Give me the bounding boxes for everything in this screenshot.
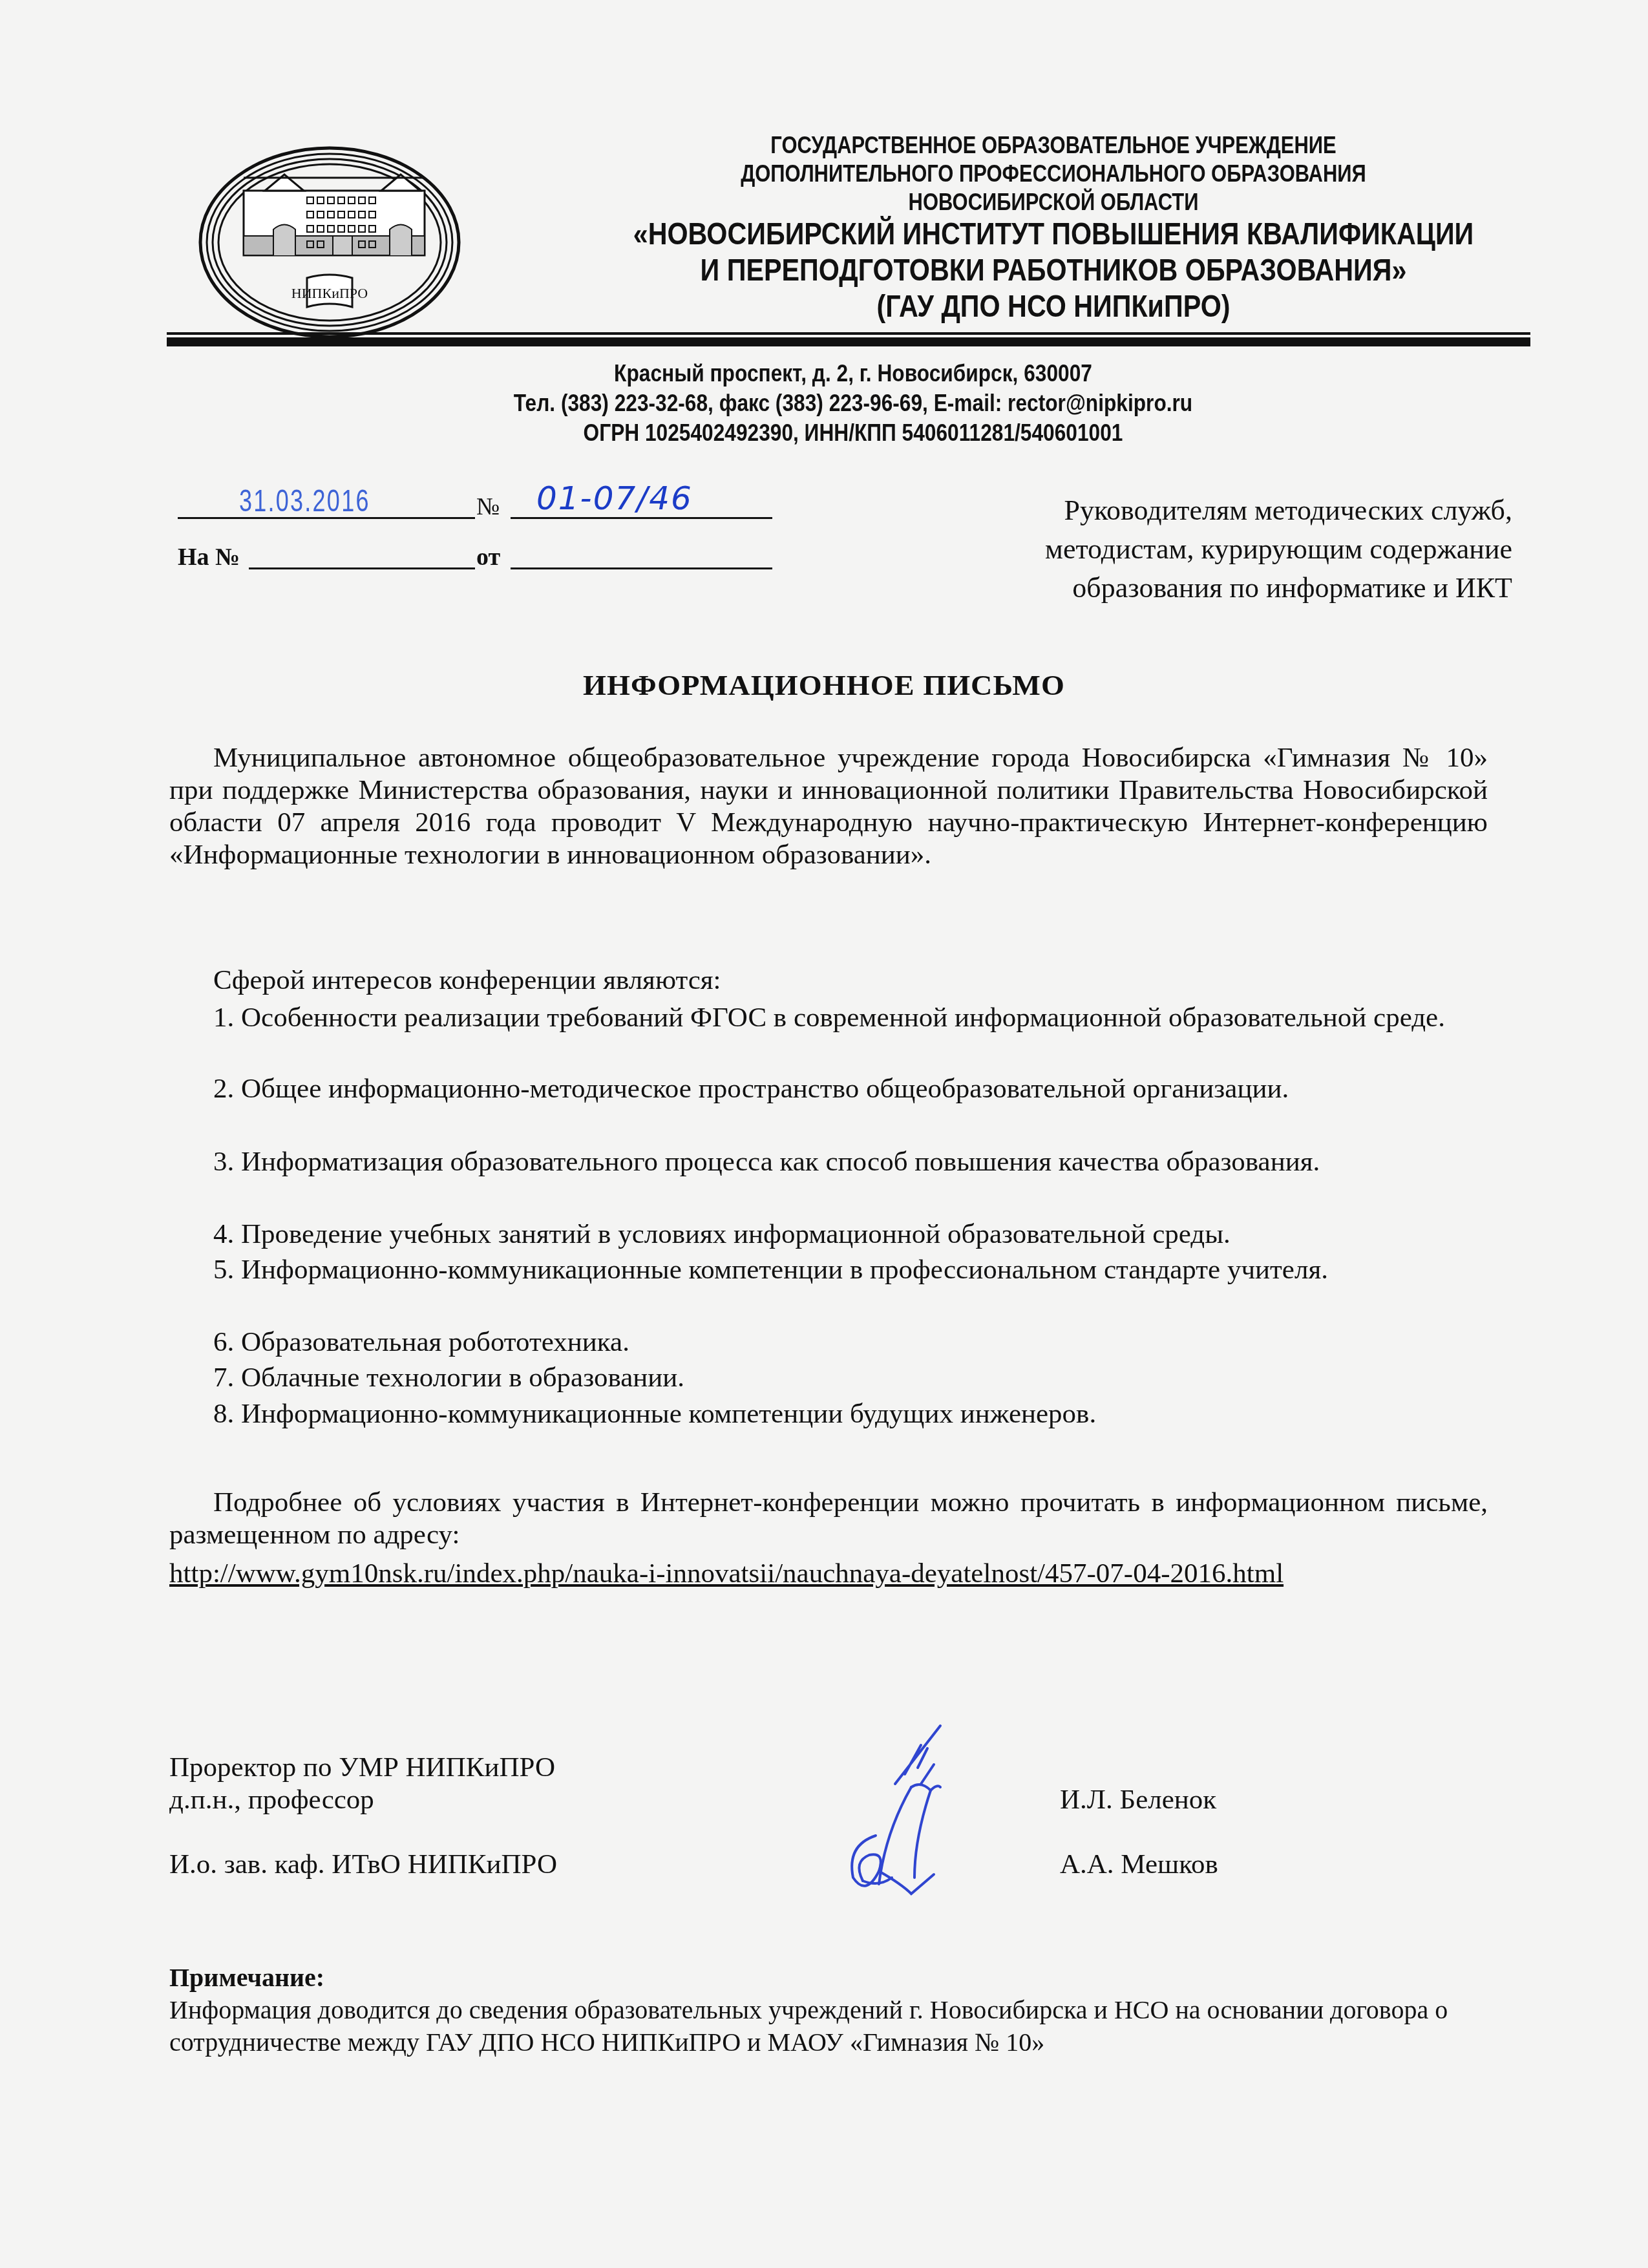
reply-date-field — [511, 542, 772, 569]
org-line: «НОВОСИБИРСКИЙ ИНСТИТУТ ПОВЫШЕНИЯ КВАЛИФ… — [631, 217, 1475, 253]
topic-item: 7. Облачные технологии в образовании. — [169, 1362, 1488, 1394]
header-rule-thin — [167, 332, 1530, 335]
reply-number-label: На № — [178, 543, 240, 571]
note-block: Примечание: Информация доводится до свед… — [169, 1962, 1501, 2059]
signatory-1-position: Проректор по УМР НИПКиПРО д.п.н., профес… — [169, 1752, 555, 1816]
org-line: ГОСУДАРСТВЕННОЕ ОБРАЗОВАТЕЛЬНОЕ УЧРЕЖДЕН… — [631, 131, 1475, 160]
date-stamp: 31.03.2016 — [239, 483, 370, 519]
signatory-2-position: И.о. зав. каф. ИТвО НИПКиПРО — [169, 1849, 557, 1881]
contact-address: Красный проспект, д. 2, г. Новосибирск, … — [273, 359, 1433, 388]
building-emblem-icon: НИПКиПРО — [197, 145, 462, 339]
handwritten-signatures — [782, 1722, 989, 1903]
reply-from-label: от — [476, 543, 500, 571]
org-line: НОВОСИБИРСКОЙ ОБЛАСТИ — [631, 188, 1475, 217]
logo-label: НИПКиПРО — [291, 285, 368, 301]
intro-paragraph: Муниципальное автономное общеобразовател… — [169, 742, 1488, 871]
topic-item: 4. Проведение учебных занятий в условиях… — [169, 1218, 1488, 1251]
addressee-line: методистам, курирующим содержание — [931, 530, 1512, 569]
institute-logo: НИПКиПРО — [197, 145, 462, 339]
addressee-block: Руководителям методических служб, методи… — [931, 491, 1512, 608]
org-name: ГОСУДАРСТВЕННОЕ ОБРАЗОВАТЕЛЬНОЕ УЧРЕЖДЕН… — [631, 131, 1475, 325]
reply-number-field — [249, 542, 475, 569]
header-rule-thick — [167, 337, 1530, 346]
topic-item: 1. Особенности реализации требований ФГО… — [169, 1002, 1488, 1034]
details-paragraph: Подробнее об условиях участия в Интернет… — [169, 1487, 1488, 1551]
position-line: Проректор по УМР НИПКиПРО — [169, 1752, 555, 1784]
topic-item: 2. Общее информационно-методическое прос… — [169, 1073, 1488, 1105]
contact-phones: Тел. (383) 223-32-68, факс (383) 223-96-… — [273, 388, 1433, 418]
org-line: И ПЕРЕПОДГОТОВКИ РАБОТНИКОВ ОБРАЗОВАНИЯ» — [631, 253, 1475, 289]
signatory-1-name: И.Л. Беленок — [1060, 1784, 1216, 1816]
org-line: ДОПОЛНИТЕЛЬНОГО ПРОФЕССИОНАЛЬНОГО ОБРАЗО… — [631, 160, 1475, 188]
org-line: (ГАУ ДПО НСО НИПКиПРО) — [631, 289, 1475, 325]
signatory-2-name: А.А. Мешков — [1060, 1849, 1218, 1881]
contact-block: Красный проспект, д. 2, г. Новосибирск, … — [273, 359, 1433, 448]
topic-item: 5. Информационно-коммуникационные компет… — [169, 1254, 1488, 1286]
topic-item: 8. Информационно-коммуникационные компет… — [169, 1398, 1488, 1430]
signature-icon — [782, 1722, 989, 1903]
addressee-line: Руководителям методических служб, — [931, 491, 1512, 530]
note-heading: Примечание: — [169, 1962, 1501, 1994]
topic-item: 6. Образовательная робототехника. — [169, 1326, 1488, 1359]
number-handwritten: 01-07/46 — [536, 480, 693, 517]
addressee-line: образования по информатике и ИКТ — [931, 569, 1512, 608]
note-text: Информация доводится до сведения образов… — [169, 1994, 1501, 2059]
date-field: 31.03.2016 — [178, 491, 475, 519]
topics-heading: Сферой интересов конференции являются: — [169, 964, 1488, 997]
contact-registry: ОГРН 1025402492390, ИНН/КПП 5406011281/5… — [273, 418, 1433, 448]
conference-url-link[interactable]: http://www.gym10nsk.ru/index.php/nauka-i… — [169, 1558, 1284, 1590]
number-label: № — [476, 493, 500, 521]
topic-item: 3. Информатизация образовательного проце… — [169, 1146, 1488, 1178]
position-line: д.п.н., профессор — [169, 1784, 555, 1816]
letter-title: ИНФОРМАЦИОННОЕ ПИСЬМО — [0, 669, 1648, 702]
number-field: 01-07/46 — [511, 491, 772, 519]
